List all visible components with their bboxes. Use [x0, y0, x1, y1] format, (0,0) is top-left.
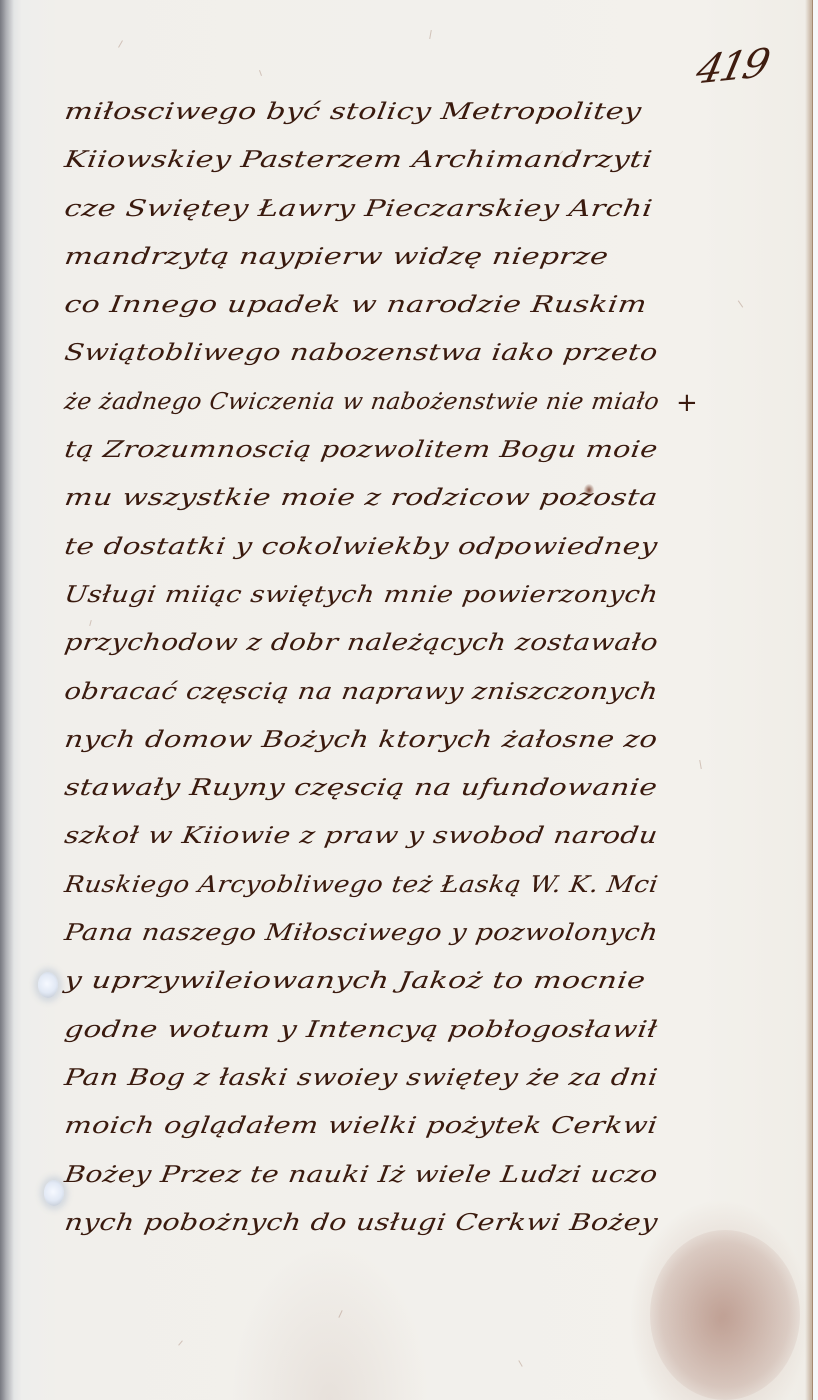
text-line-23: Bożey Przez te nauki Iż wiele Ludzi uczo: [62, 1155, 661, 1195]
text-line: moich oglądałem wielki pożytek Cerkwi: [61, 1106, 708, 1154]
text-line-6: Swiątobliwego nabozenstwa iako przeto: [62, 333, 661, 373]
text-line-24: nych pobożnych do usługi Cerkwi Bożey: [62, 1203, 661, 1243]
text-line: miłosciwego być stolicy Metropolitey: [61, 92, 708, 140]
text-line: Ruskiego Arcyobliwego też Łaską W. K. Mc…: [61, 865, 708, 913]
text-line-21: Pan Bog z łaski swoiey swiętey że za dni: [62, 1058, 661, 1098]
text-line: co Innego upadek w narodzie Ruskim: [61, 285, 708, 333]
text-line: szkoł w Kiiowie z praw y swobod narodu: [61, 816, 708, 864]
punch-hole: [38, 972, 58, 998]
manuscript-scan: 419 + miłosciwego być stolicy Metropolit…: [0, 0, 818, 1400]
text-line: Pana naszego Miłosciwego y pozwolonych: [61, 913, 708, 961]
text-line: mandrzytą naypierw widzę nieprze: [61, 237, 708, 285]
text-line-11: Usługi miiąc swiętych mnie powierzonych: [62, 575, 661, 615]
text-line: Usługi miiąc swiętych mnie powierzonych: [61, 575, 708, 623]
text-line: przychodow z dobr należących zostawało: [61, 623, 708, 671]
text-line-13: obracać częscią na naprawy zniszczonych: [62, 672, 661, 712]
text-line: Pan Bog z łaski swoiey swiętey że za dni: [61, 1058, 708, 1106]
text-line-19: y uprzywileiowanych Jakoż to mocnie: [62, 961, 648, 1001]
seal-stamp: [650, 1230, 800, 1400]
text-line: cze Swiętey Ławry Pieczarskiey Archi: [61, 189, 708, 237]
text-line: tą Zrozumnoscią pozwolitem Bogu moie: [61, 430, 708, 478]
text-line: y uprzywileiowanych Jakoż to mocnie: [61, 961, 708, 1009]
text-line-14: nych domow Bożych ktorych żałosne zo: [62, 720, 660, 760]
text-line-9: mu wszystkie moie z rodzicow pozosta: [62, 478, 661, 518]
text-line: obracać częscią na naprawy zniszczonych: [61, 672, 708, 720]
text-line: nych domow Bożych ktorych żałosne zo: [61, 720, 708, 768]
text-line: te dostatki y cokolwiekby odpowiedney: [61, 527, 708, 575]
text-line: nych pobożnych do usługi Cerkwi Bożey: [61, 1203, 708, 1251]
text-line-2: Kiiowskiey Pasterzem Archimandrzyti: [62, 140, 655, 180]
text-line-4: mandrzytą naypierw widzę nieprze: [62, 237, 611, 277]
text-line: Bożey Przez te nauki Iż wiele Ludzi uczo: [61, 1155, 708, 1203]
text-line-12: przychodow z dobr należących zostawało: [62, 623, 661, 663]
text-line: że żadnego Cwiczenia w nabożenstwie nie …: [61, 382, 708, 430]
text-line: godne wotum y Intencyą pobłogosławił: [61, 1010, 708, 1058]
text-line: mu wszystkie moie z rodzicow pozosta: [61, 478, 708, 526]
text-line-18: Pana naszego Miłosciwego y pozwolonych: [62, 913, 661, 953]
binding-shadow: [0, 0, 14, 1400]
text-line-15: stawały Ruyny częscią na ufundowanie: [62, 768, 660, 808]
text-line: Swiątobliwego nabozenstwa iako przeto: [61, 333, 708, 381]
text-line-20: godne wotum y Intencyą pobłogosławił: [62, 1010, 660, 1050]
text-line-17: Ruskiego Arcyobliwego też Łaską W. K. Mc…: [62, 865, 661, 905]
text-line-10: te dostatki y cokolwiekby odpowiedney: [62, 527, 660, 567]
manuscript-text: miłosciwego być stolicy Metropolitey Kii…: [64, 92, 704, 1251]
text-line-16: szkoł w Kiiowie z praw y swobod narodu: [62, 816, 661, 856]
text-line-3: cze Swiętey Ławry Pieczarskiey Archi: [62, 189, 655, 229]
text-line-8: tą Zrozumnoscią pozwolitem Bogu moie: [62, 430, 661, 470]
page-number: 419: [692, 41, 771, 94]
text-line-1: miłosciwego być stolicy Metropolitey: [62, 92, 644, 132]
text-line-7: że żadnego Cwiczenia w nabożenstwie nie …: [62, 382, 662, 422]
text-line-5: co Innego upadek w narodzie Ruskim: [62, 285, 650, 325]
text-line-22: moich oglądałem wielki pożytek Cerkwi: [62, 1106, 660, 1146]
text-line: Kiiowskiey Pasterzem Archimandrzyti: [61, 140, 708, 188]
text-line: stawały Ruyny częscią na ufundowanie: [61, 768, 708, 816]
